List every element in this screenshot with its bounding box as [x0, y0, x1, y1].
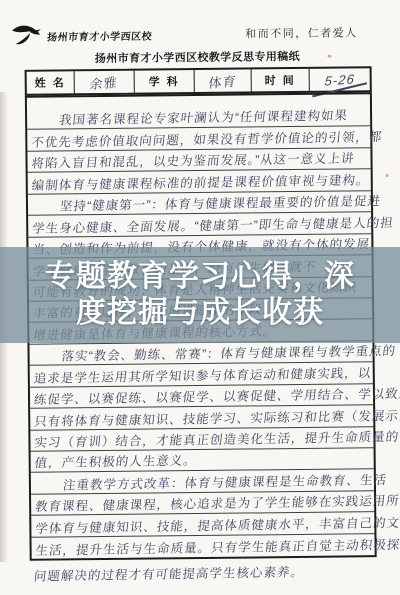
paper-speck: [327, 55, 331, 58]
paper-speck: [386, 174, 389, 177]
time-value: 5-26: [310, 68, 370, 91]
time-label: 时 间: [252, 69, 310, 92]
name-value: 余雅: [75, 71, 135, 94]
watermark-title-line2: 度挖掘与成长收获: [76, 295, 324, 331]
name-label: 姓 名: [27, 71, 75, 94]
swallow-bird-logo-icon: [11, 22, 47, 50]
tail-line-text: 问题解决的过程才有可能提高学生核心素养。: [33, 565, 305, 584]
handwriting-text: 坚持“健康第一”：体育与健康课程最重要的价值是促进: [59, 194, 382, 214]
handwriting-text: 生活，提升生活与生命质量。只有学生能真正自觉主动积极探索: [35, 538, 400, 559]
school-motto: 和而不同，仁者爱人: [245, 24, 358, 41]
handwriting-text: 追求是学生运用其所学知识参与体育运动和健康实践，以: [33, 366, 372, 387]
name-handwriting: 余雅: [89, 71, 119, 92]
handwriting-line: 生活，提升生活与生命质量。只有学生能真正自觉主动积极探索: [31, 534, 374, 559]
subject-handwriting: 体育: [208, 70, 238, 91]
handwriting-text: 编制体育与健康课程标准的前提是课程价值审视与建构。: [31, 173, 370, 194]
handwriting-tail-line: 问题解决的过程才有可能提高学生核心素养。: [34, 564, 304, 585]
info-table: 姓 名 余雅 学 科 体育 时 间 5-26: [25, 66, 372, 96]
handwriting-text: 将陷入盲目和混乱，以史为鉴而发展。”从这一意义上讲: [31, 152, 356, 172]
handwriting-text: 注重教学方式改革：体育与健康课程是生命教育、生活: [62, 473, 388, 493]
watermark-banner: 专题教育学习心得，深 度挖掘与成长收获: [0, 247, 400, 343]
subject-label: 学 科: [135, 70, 195, 93]
handwriting-text: 落实“教会、勤练、常赛”：体育与健康课程与教学重点的: [61, 344, 397, 365]
watermark-title-line1: 专题教育学习心得，深: [45, 259, 355, 295]
page-title: 扬州市育才小学西区校教学反思专用稿纸: [0, 47, 398, 67]
subject-value: 体育: [195, 69, 252, 92]
school-name-script: 扬州市育才小学西区校: [47, 27, 153, 43]
handwriting-text: 值，产生积极的人生意义。: [34, 454, 198, 472]
handwriting-text: 我国著名课程论专家叶澜认为“任何课程建构如果: [58, 109, 348, 129]
document-photo: 扬州市育才小学西区校 和而不同，仁者爱人 扬州市育才小学西区校教学反思专用稿纸 …: [0, 0, 400, 595]
